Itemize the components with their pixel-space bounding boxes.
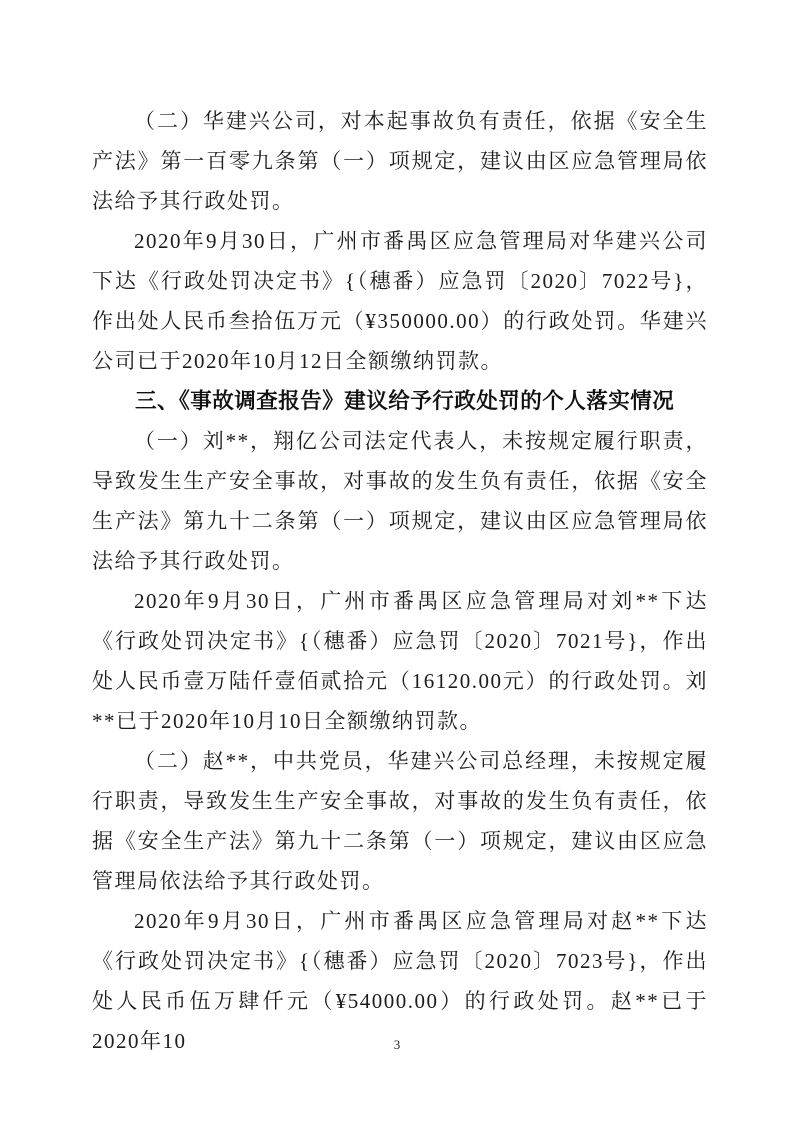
section-heading-individual-penalties: 三、《事故调查报告》建议给予行政处罚的个人落实情况 xyxy=(92,381,708,421)
paragraph-liu-penalty-basis: （一）刘**，翔亿公司法定代表人，未按规定履行职责，导致发生生产安全事故，对事故… xyxy=(92,421,708,581)
document-page: （二）华建兴公司，对本起事故负有责任，依据《安全生产法》第一百零九条第（一）项规… xyxy=(0,0,794,1123)
page-number: 3 xyxy=(394,1037,401,1052)
page-footer: 3 xyxy=(0,1036,794,1054)
document-body: （二）华建兴公司，对本起事故负有责任，依据《安全生产法》第一百零九条第（一）项规… xyxy=(92,101,708,1061)
paragraph-zhao-penalty-basis: （二）赵**，中共党员，华建兴公司总经理，未按规定履行职责，导致发生生产安全事故… xyxy=(92,741,708,901)
paragraph-company-penalty-basis: （二）华建兴公司，对本起事故负有责任，依据《安全生产法》第一百零九条第（一）项规… xyxy=(92,101,708,221)
paragraph-company-penalty-decision: 2020年9月30日，广州市番禺区应急管理局对华建兴公司下达《行政处罚决定书》{… xyxy=(92,221,708,381)
paragraph-liu-penalty-decision: 2020年9月30日，广州市番禺区应急管理局对刘**下达《行政处罚决定书》{（穗… xyxy=(92,581,708,741)
